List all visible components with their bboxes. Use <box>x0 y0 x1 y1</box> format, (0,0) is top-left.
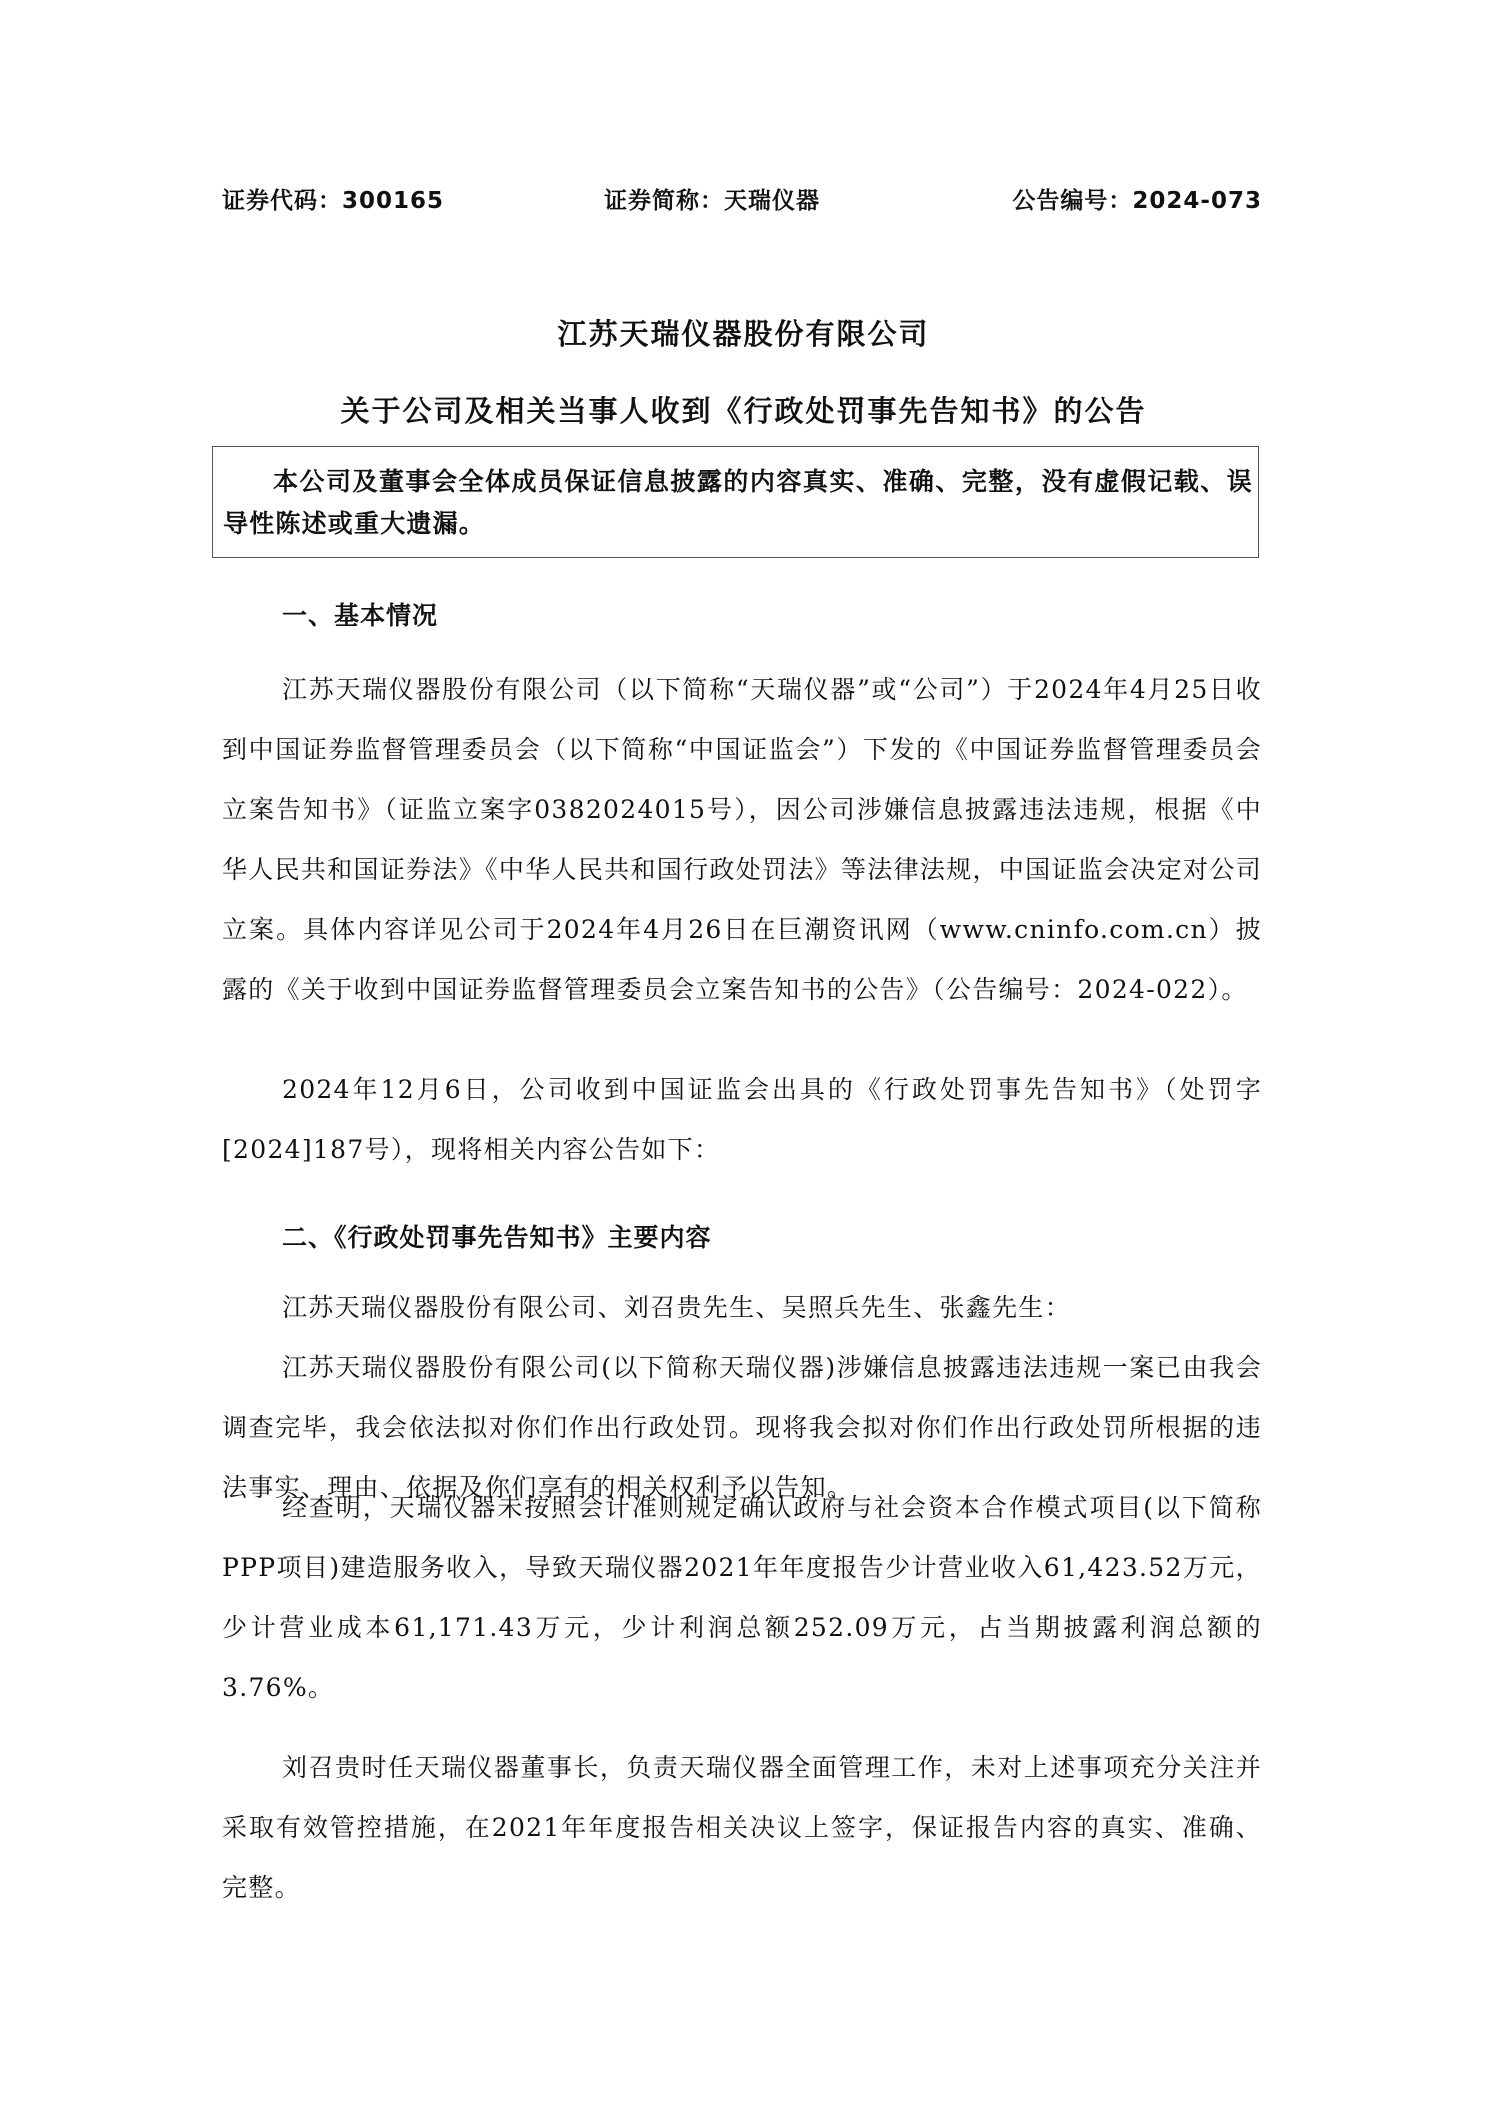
announcement-header: 证券代码：300165 证券简称：天瑞仪器 公告编号：2024-073 <box>222 182 1262 218</box>
paragraph: 经查明，天瑞仪器未按照会计准则规定确认政府与社会资本合作模式项目(以下简称PPP… <box>222 1478 1262 1718</box>
paragraph: 刘召贵时任天瑞仪器董事长，负责天瑞仪器全面管理工作，未对上述事项充分关注并采取有… <box>222 1738 1262 1918</box>
security-code: 证券代码：300165 <box>222 182 444 215</box>
paragraph-addressees: 江苏天瑞仪器股份有限公司、刘召贵先生、吴照兵先生、张鑫先生： <box>222 1278 1262 1338</box>
paragraph: 2024年12月6日，公司收到中国证监会出具的《行政处罚事先告知书》（处罚字[2… <box>222 1060 1262 1180</box>
section-heading-basic-info: 一、基本情况 <box>282 596 438 632</box>
company-name-title: 江苏天瑞仪器股份有限公司 <box>0 312 1487 353</box>
announcement-number: 公告编号：2024-073 <box>1012 182 1262 215</box>
security-abbreviation: 证券简称：天瑞仪器 <box>604 182 820 215</box>
disclaimer-box: 本公司及董事会全体成员保证信息披露的内容真实、准确、完整，没有虚假记载、误导性陈… <box>212 446 1259 558</box>
section-heading-notice-content: 二、《行政处罚事先告知书》主要内容 <box>282 1218 712 1254</box>
disclaimer-text: 本公司及董事会全体成员保证信息披露的内容真实、准确、完整，没有虚假记载、误导性陈… <box>223 461 1253 545</box>
document-page: 证券代码：300165 证券简称：天瑞仪器 公告编号：2024-073 江苏天瑞… <box>0 0 1487 2105</box>
paragraph: 江苏天瑞仪器股份有限公司（以下简称“天瑞仪器”或“公司”）于2024年4月25日… <box>222 660 1262 1020</box>
notice-title: 关于公司及相关当事人收到《行政处罚事先告知书》的公告 <box>0 389 1487 430</box>
